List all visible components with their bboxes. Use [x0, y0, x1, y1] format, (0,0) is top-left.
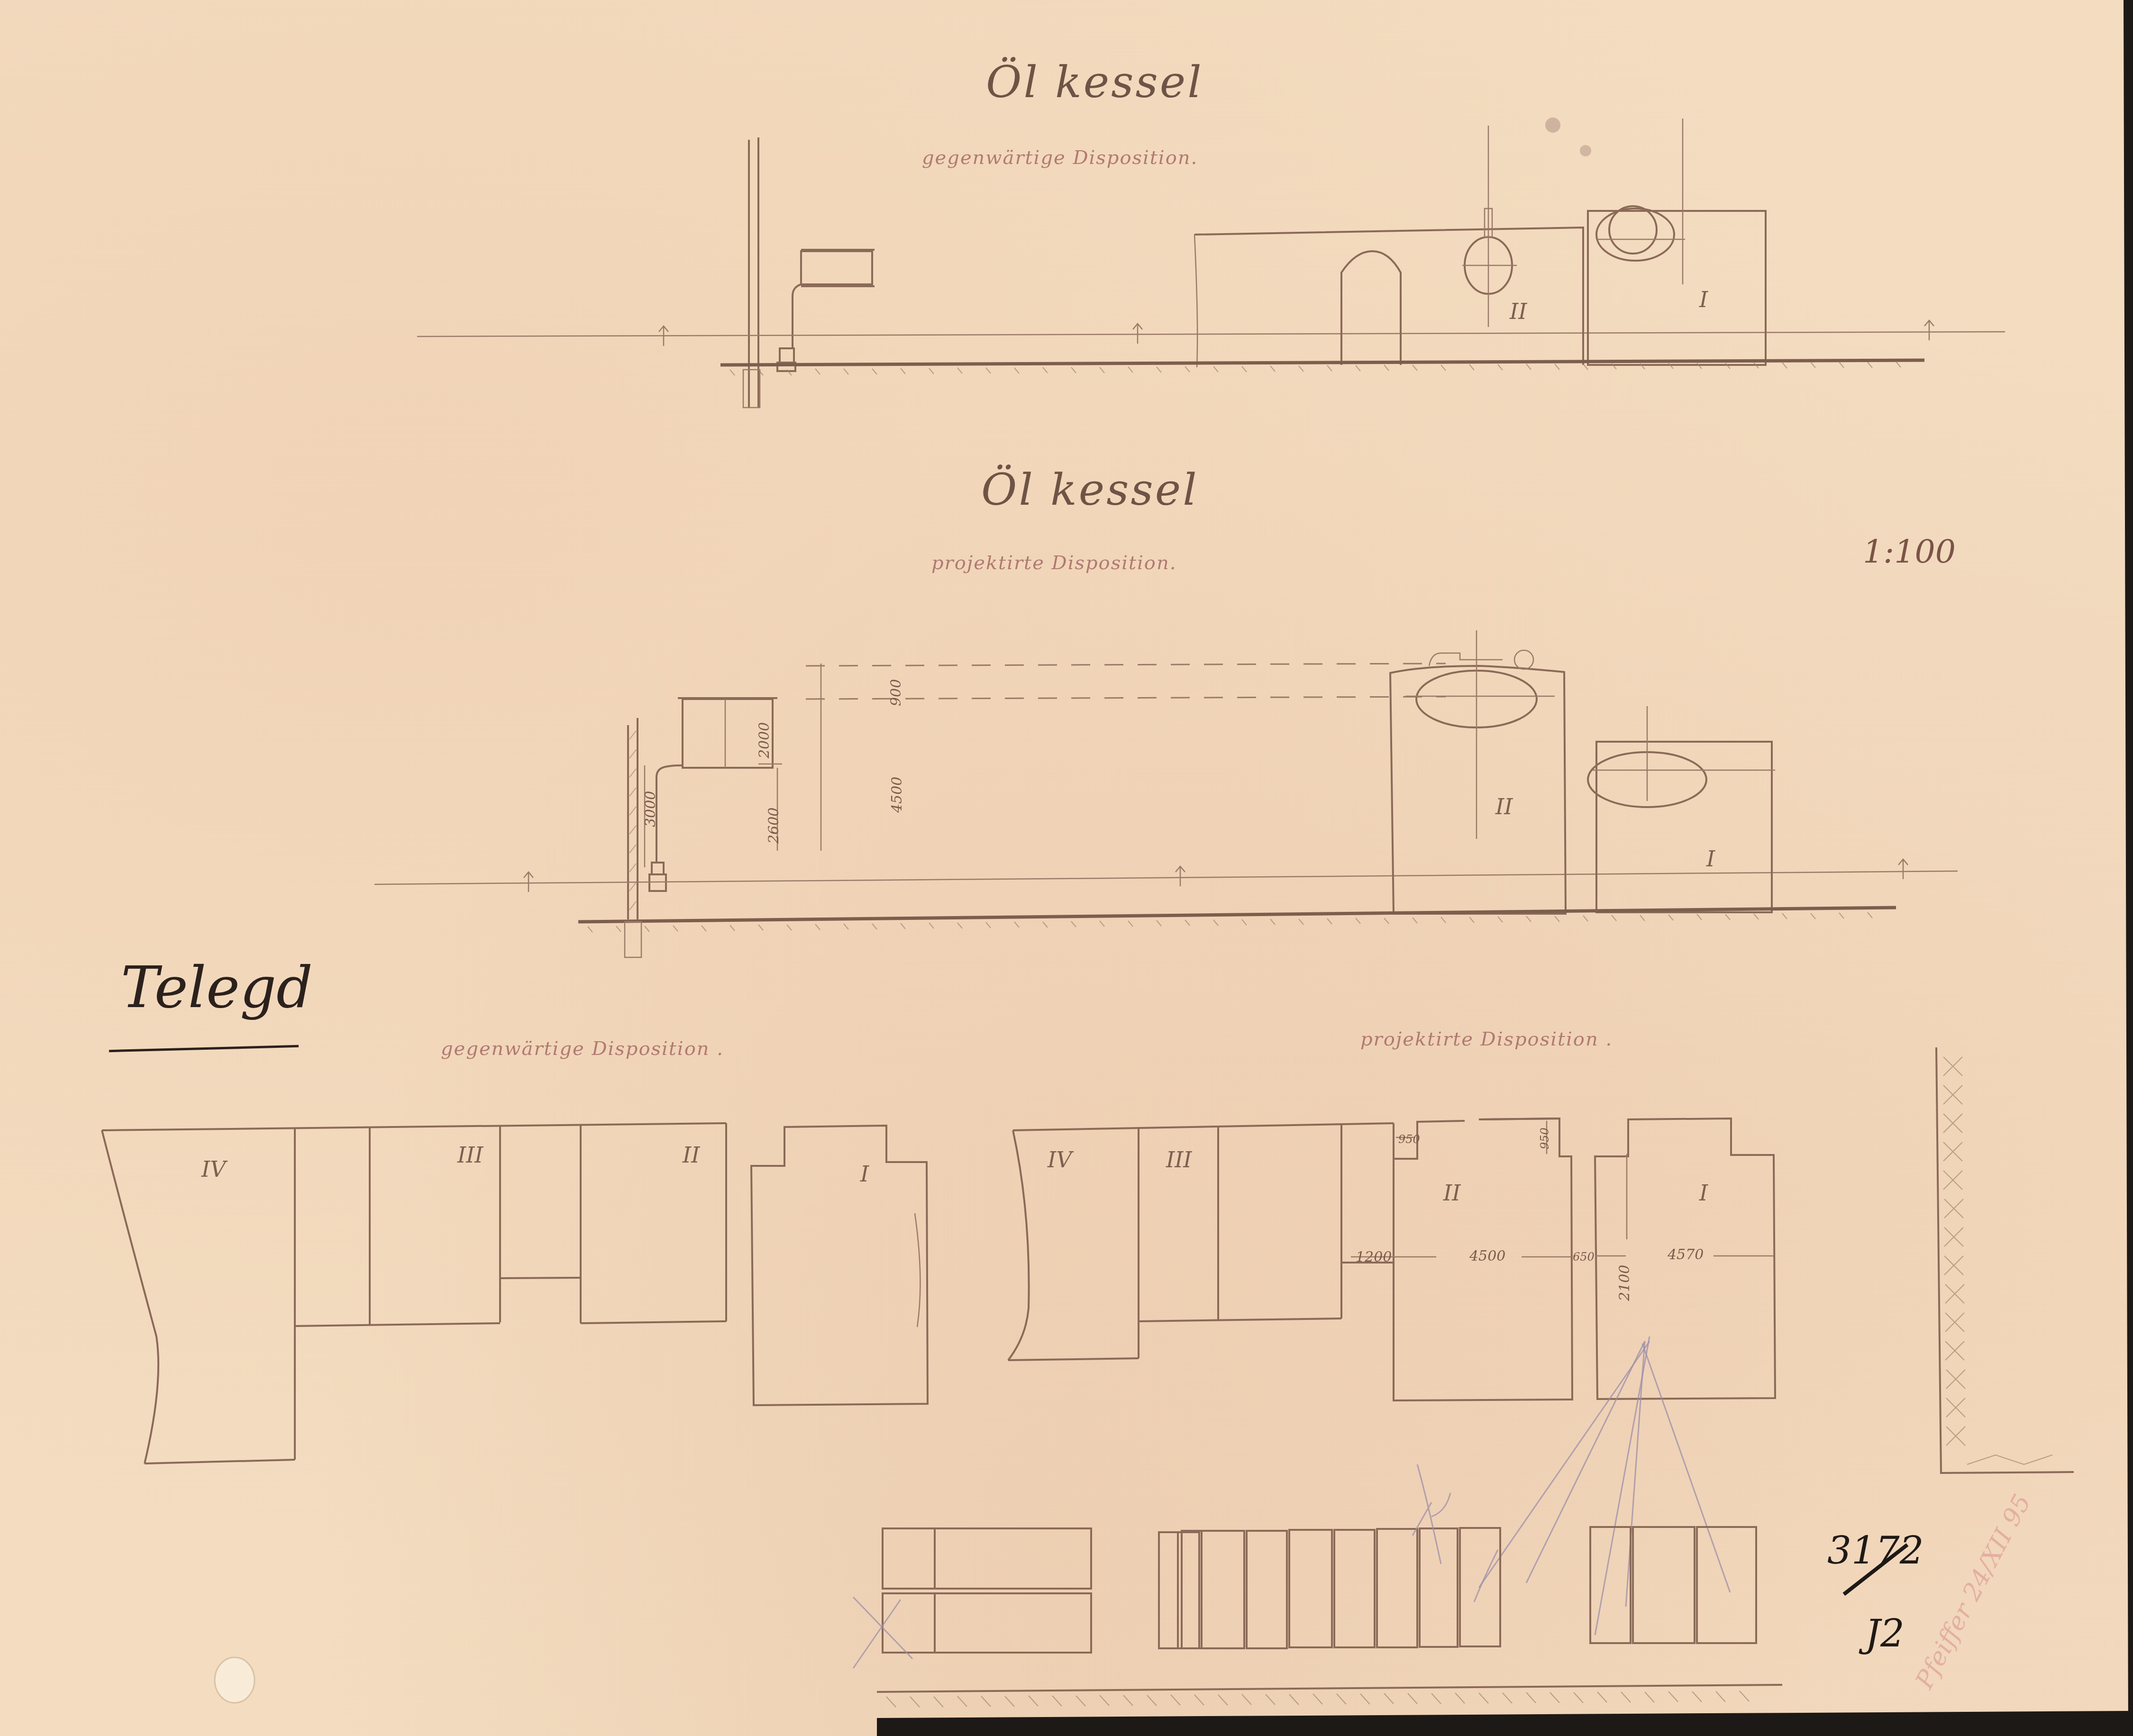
technical-drawing [0, 0, 2133, 1736]
room-label-ii-projected: II [1443, 1180, 1460, 1206]
room-label-iii-current: III [457, 1142, 483, 1168]
wall-section-drawing [1936, 1047, 2074, 1474]
elevation-current-title: Öl kessel [986, 57, 1203, 108]
archive-number-top: 3172 [1827, 1528, 1924, 1572]
boiler-label-ii-projected: II [1495, 794, 1513, 819]
room-label-ii-current: II [683, 1142, 700, 1168]
boiler-label-ii-current: II [1510, 299, 1527, 324]
scale-label: 1:100 [1863, 533, 1956, 571]
dim-boiler-ii-width: 4500 [1469, 1248, 1505, 1264]
elevation-projected-drawing [374, 630, 1958, 957]
arrow-marker-icon [1924, 320, 1934, 340]
dim-boiler-i-width: 4570 [1668, 1246, 1704, 1263]
drawing-sheet: Öl kessel gegenwärtige Disposition. II I… [0, 0, 2133, 1736]
location-name: Telegd [121, 955, 313, 1021]
plan-projected-drawing [1008, 1118, 1775, 1635]
dim-gap-left: 1200 [1356, 1249, 1392, 1265]
arrow-marker-icon [524, 872, 533, 892]
arrow-marker-icon [1133, 324, 1142, 344]
room-label-iv-current: IV [201, 1156, 226, 1182]
elevation-current-drawing [417, 118, 2005, 408]
elevation-current-subtitle: gegenwärtige Disposition. [922, 147, 1198, 169]
dim-tank-base-height: 2600 [766, 808, 782, 844]
arrow-marker-icon [1898, 859, 1908, 879]
dim-boiler-i-depth: 2100 [1616, 1265, 1633, 1301]
arrow-marker-icon [1176, 866, 1185, 886]
dim-tank-height: 2000 [756, 722, 773, 758]
elevation-projected-subtitle: projektirte Disposition. [931, 552, 1176, 574]
boiler-label-i-current: I [1699, 287, 1708, 312]
dim-pipe-height: 3000 [642, 791, 659, 827]
room-label-i-current: I [860, 1161, 869, 1187]
plan-current-subtitle: gegenwärtige Disposition . [441, 1038, 724, 1060]
plan-projected-subtitle: projektirte Disposition . [1360, 1028, 1613, 1050]
dim-gap-middle: 650 [1573, 1250, 1595, 1263]
room-label-iii-projected: III [1166, 1147, 1192, 1172]
archive-number-bottom: J2 [1865, 1611, 1905, 1655]
dim-tank-offset: 900 [888, 679, 904, 706]
grate-sections-drawing [853, 1464, 1782, 1707]
dim-recess-width: 950 [1398, 1133, 1420, 1146]
room-label-iv-projected: IV [1048, 1147, 1072, 1172]
boiler-label-i-projected: I [1706, 846, 1715, 872]
dim-recess-depth: 950 [1538, 1127, 1551, 1149]
room-label-i-projected: I [1699, 1180, 1708, 1206]
paper-hole [215, 1657, 255, 1703]
elevation-projected-title: Öl kessel [981, 464, 1199, 515]
dim-total-height: 4500 [889, 777, 905, 813]
